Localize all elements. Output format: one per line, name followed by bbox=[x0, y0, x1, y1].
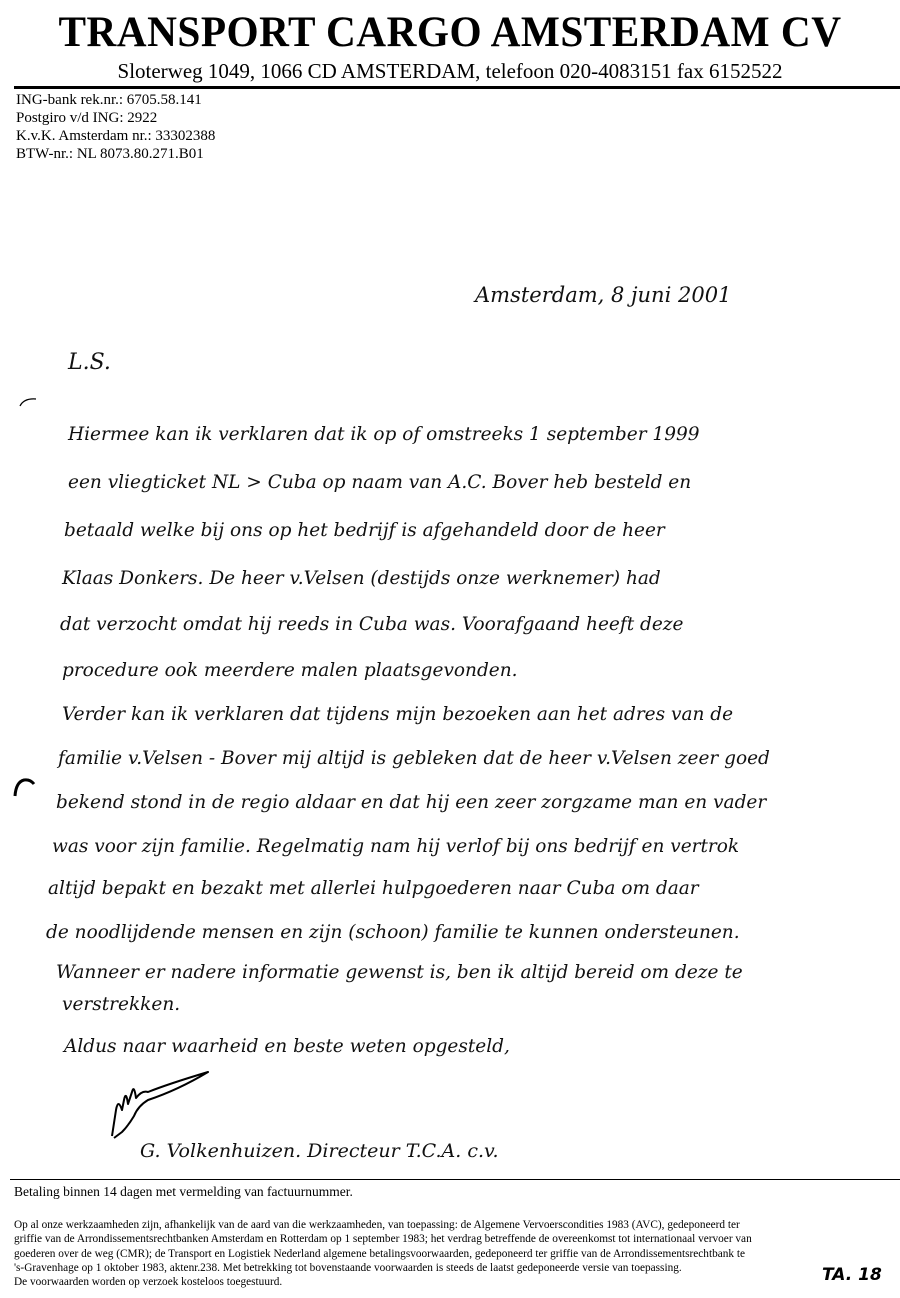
company-details: ING-bank rek.nr.: 6705.58.141 Postgiro v… bbox=[16, 91, 215, 163]
body-line: procedure ook meerdere malen plaatsgevon… bbox=[62, 660, 518, 681]
signer-name-title: G. Volkenhuizen. Directeur T.C.A. c.v. bbox=[140, 1140, 499, 1162]
body-line: betaald welke bij ons op het bedrijf is … bbox=[64, 520, 665, 541]
body-line: familie v.Velsen - Bover mij altijd is g… bbox=[58, 748, 770, 769]
postgiro: Postgiro v/d ING: 2922 bbox=[16, 109, 215, 127]
payment-terms: Betaling binnen 14 dagen met vermelding … bbox=[14, 1184, 353, 1200]
body-line: Hiermee kan ik verklaren dat ik op of om… bbox=[68, 424, 700, 445]
chamber-of-commerce-number: K.v.K. Amsterdam nr.: 33302388 bbox=[16, 127, 215, 145]
body-line: Wanneer er nadere informatie gewenst is,… bbox=[56, 962, 743, 983]
bank-account: ING-bank rek.nr.: 6705.58.141 bbox=[16, 91, 215, 109]
conditions-line: goederen over de weg (CMR); de Transport… bbox=[14, 1247, 894, 1261]
conditions-line: Op al onze werkzaamheden zijn, afhankeli… bbox=[14, 1218, 894, 1232]
body-line: altijd bepakt en bezakt met allerlei hul… bbox=[48, 878, 699, 899]
page-reference: TA. 18 bbox=[822, 1265, 882, 1285]
body-line: verstrekken. bbox=[62, 994, 180, 1015]
body-line: Aldus naar waarheid en beste weten opges… bbox=[64, 1036, 510, 1057]
body-line: bekend stond in de regio aldaar en dat h… bbox=[56, 792, 766, 813]
body-line: was voor zijn familie. Regelmatig nam hi… bbox=[52, 836, 739, 857]
body-line: Klaas Donkers. De heer v.Velsen (destijd… bbox=[62, 568, 661, 589]
letter-page: TRANSPORT CARGO AMSTERDAM CV Sloterweg 1… bbox=[0, 0, 900, 1298]
signature-icon bbox=[108, 1070, 218, 1140]
conditions-line: De voorwaarden worden op verzoek kostelo… bbox=[14, 1275, 894, 1289]
header-divider bbox=[14, 86, 900, 89]
vat-number: BTW-nr.: NL 8073.80.271.B01 bbox=[16, 145, 215, 163]
place-date: Amsterdam, 8 juni 2001 bbox=[475, 283, 731, 307]
footer-divider bbox=[10, 1179, 900, 1180]
body-line: de noodlijdende mensen en zijn (schoon) … bbox=[46, 922, 740, 943]
salutation: L.S. bbox=[68, 350, 111, 375]
margin-mark-icon bbox=[18, 396, 38, 408]
body-line: een vliegticket NL > Cuba op naam van A.… bbox=[68, 472, 691, 493]
company-address: Sloterweg 1049, 1066 CD AMSTERDAM, telef… bbox=[0, 58, 900, 84]
body-line: Verder kan ik verklaren dat tijdens mijn… bbox=[62, 704, 733, 725]
body-line: dat verzocht omdat hij reeds in Cuba was… bbox=[60, 614, 684, 635]
terms-and-conditions: Op al onze werkzaamheden zijn, afhankeli… bbox=[14, 1218, 894, 1289]
company-name: TRANSPORT CARGO AMSTERDAM CV bbox=[18, 8, 882, 58]
margin-mark-icon bbox=[12, 776, 36, 798]
conditions-line: griffie van de Arrondissementsrechtbanke… bbox=[14, 1232, 894, 1246]
conditions-line: 's-Gravenhage op 1 oktober 1983, aktenr.… bbox=[14, 1261, 894, 1275]
